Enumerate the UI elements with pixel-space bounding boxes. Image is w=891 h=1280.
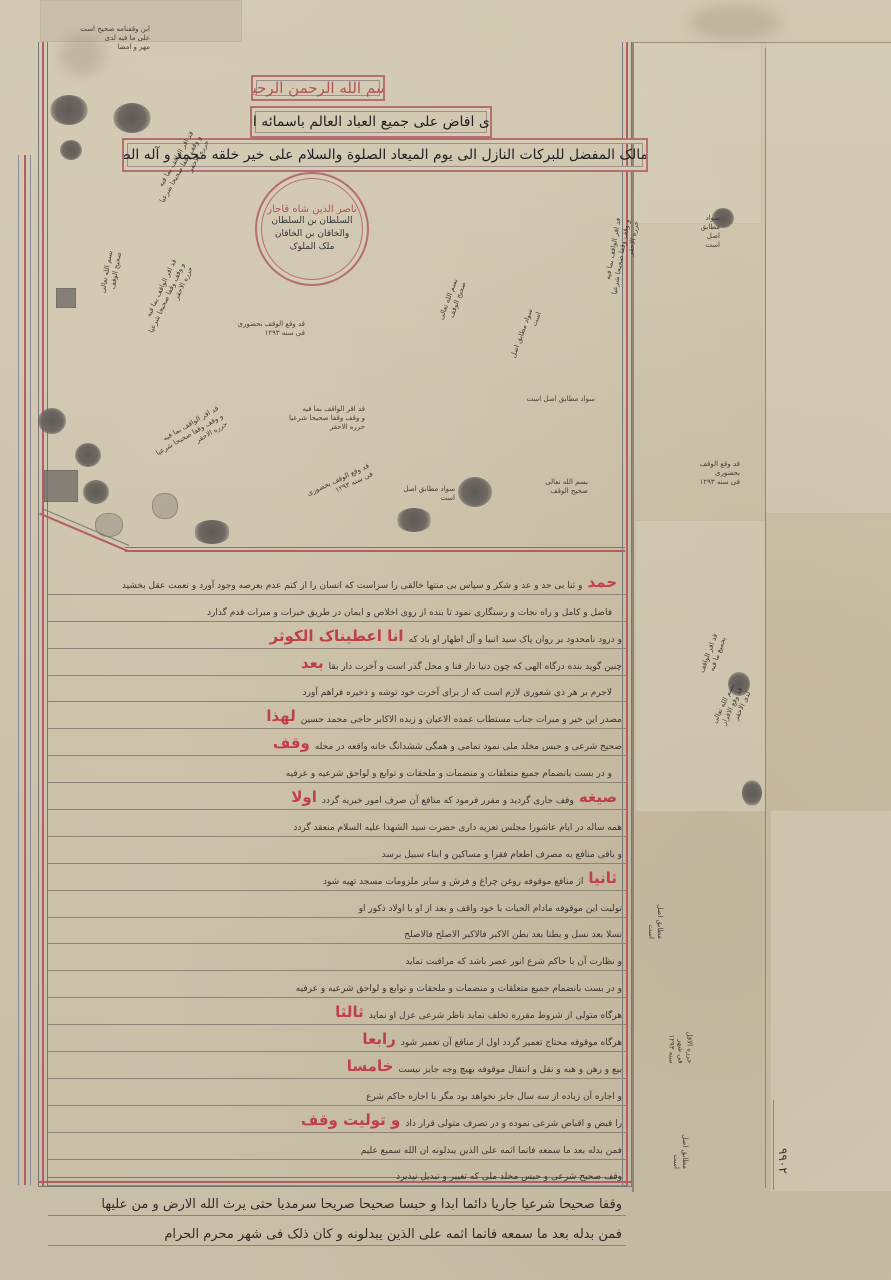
margin-note-lower: مطابق اصل است xyxy=(671,1089,689,1169)
row-text: لاجرم بر هر ذی شعوری لازم است که از برای… xyxy=(303,688,612,698)
row-text-large: وقفا صحیحا شرعیا جاریا دائما ابدا و حبسا… xyxy=(101,1197,622,1212)
text-row: و نظارت آن با حاکم شرع انور عصر باشد که … xyxy=(48,944,626,971)
annotation-center: قد وقع الوقف بحضوری فی سنه ۱۲۹۳ xyxy=(195,320,305,338)
ruling-line xyxy=(632,42,634,1192)
invocation-text: بسم الله الرحمن الرحیم xyxy=(251,79,385,97)
ink-seal-stamp xyxy=(83,480,109,504)
text-row: مصدر این خیر و مبرات جناب مستطاب عمده ال… xyxy=(48,702,626,729)
outer-border-line xyxy=(24,155,26,1185)
row-text: همه ساله در ایام عاشورا مجلس تعزیه داری … xyxy=(293,823,622,833)
royal-seal: ناصر الدین شاه قاجار السلطان بن السلطان … xyxy=(255,172,369,286)
outer-border-line xyxy=(30,155,31,1185)
text-row: ثانیااز منافع موقوفه روغن چراغ و فرش و س… xyxy=(48,864,626,891)
row-text: وقف صحیح شرعی و حبس مخلد ملی که تغییر و … xyxy=(396,1172,622,1182)
text-row: هرگاه موقوفه محتاج تعمیر گردد اول از منا… xyxy=(48,1025,626,1052)
text-row-large: فمن بدله بعد ما سمعه فانما اثمه علی الذی… xyxy=(48,1216,626,1246)
rubric-word: لهذا xyxy=(266,707,295,725)
ink-seal-stamp xyxy=(113,103,151,133)
rubric-word: صیغه xyxy=(579,788,617,806)
royal-seal-line: السلطان بن السلطان xyxy=(271,215,352,228)
rubric-word: حمد xyxy=(587,573,617,591)
paper-patch xyxy=(765,42,891,514)
ink-seal-stamp xyxy=(38,408,66,434)
ink-seal-stamp xyxy=(742,780,762,806)
annotation-center: بسم الله تعالی صحیح الوقف xyxy=(518,478,588,496)
square-seal-stamp xyxy=(44,470,78,502)
ink-seal-stamp xyxy=(458,477,492,507)
header-line-1: الحمد لله الذی افاض علی جمیع العباد العا… xyxy=(250,114,492,130)
text-row: نسلا بعد نسل و بطنا بعد بطن الاکبر فالاک… xyxy=(48,918,626,945)
text-row-large: وقفا صحیحا شرعیا جاریا دائما ابدا و حبسا… xyxy=(48,1186,626,1216)
row-text: فمن بدله بعد ما سمعه فانما اثمه علی الذی… xyxy=(361,1146,622,1156)
text-row: و در بست بانضمام جمیع متعلقات و منضمات و… xyxy=(48,756,626,783)
row-text: و درود نامحدود بر روان پاک سید انبیا و آ… xyxy=(409,635,622,645)
row-text: و در بست بانضمام جمیع متعلقات و منضمات و… xyxy=(296,984,622,994)
text-row: فمن بدله بعد ما سمعه فانما اثمه علی الذی… xyxy=(48,1133,626,1160)
row-text: هرگاه موقوفه محتاج تعمیر گردد اول از منا… xyxy=(401,1038,622,1048)
invocation-cartouche: بسم الله الرحمن الرحیم xyxy=(251,75,385,101)
annotation-center: سواد مطابق اصل است xyxy=(515,395,595,404)
text-row: حمدو ثنا بی حد و عد و شکر و سپاس بی منته… xyxy=(48,568,626,595)
row-text: بیع و رهن و هبه و نقل و انتقال موقوفه به… xyxy=(398,1065,622,1075)
rubric-word: ثانیا xyxy=(588,869,617,887)
catalog-number: ۹۹۰۲ xyxy=(776,1148,790,1174)
royal-seal-line: ملک الملوک xyxy=(290,241,335,254)
ink-seal-stamp xyxy=(396,508,432,532)
ink-seal-stamp xyxy=(193,520,231,544)
square-seal-stamp xyxy=(56,288,76,308)
rubric-word: رابعا xyxy=(362,1030,396,1048)
row-text: از منافع موقوفه روغن چراغ و فرش و سایر م… xyxy=(323,877,583,887)
stain xyxy=(690,5,780,40)
row-text: نسلا بعد نسل و بطنا بعد بطن الاکبر فالاک… xyxy=(404,930,622,940)
annotation-center: سواد مطابق اصل است xyxy=(395,485,455,503)
annotation-center: قد اقر الواقف بما فیه و وقف وقفا صحیحا ش… xyxy=(265,405,365,432)
text-row: و باقی منافع به مصرف اطعام فقرا و مساکین… xyxy=(48,837,626,864)
row-text: هرگاه متولی از شروط مقرره تخلف نماید ناظ… xyxy=(369,1011,622,1021)
row-text: تولیت این موقوفه مادام الحیات با خود واق… xyxy=(359,904,622,914)
row-text: صحیح شرعی و حبس مخلد ملی نمود تمامی و هم… xyxy=(315,742,622,752)
rubric-word: بعد xyxy=(301,654,324,672)
row-text: فاضل و کامل و راه نجات و رستگاری نمود تا… xyxy=(207,608,612,618)
ruling-line xyxy=(632,42,891,43)
text-row: فاضل و کامل و راه نجات و رستگاری نمود تا… xyxy=(48,595,626,622)
text-row: صحیح شرعی و حبس مخلد ملی نمود تمامی و هم… xyxy=(48,729,626,756)
ink-seal-stamp xyxy=(60,140,82,160)
royal-seal-line: والخاقان بن الخاقان xyxy=(275,228,349,241)
row-text: مصدر این خیر و مبرات جناب مستطاب عمده ال… xyxy=(301,715,622,725)
text-row: را قبض و اقباض شرعی نموده و در تصرف متول… xyxy=(48,1106,626,1133)
row-text: و ثنا بی حد و عد و شکر و سپاس بی منتها خ… xyxy=(122,581,583,591)
text-row: و درود نامحدود بر روان پاک سید انبیا و آ… xyxy=(48,622,626,649)
rubric-word: ثالثا xyxy=(335,1003,364,1021)
text-row: و در بست بانضمام جمیع متعلقات و منضمات و… xyxy=(48,971,626,998)
ruling-line xyxy=(765,48,766,1188)
text-row: هرگاه متولی از شروط مقرره تخلف نماید ناظ… xyxy=(48,998,626,1025)
row-text: را قبض و اقباض شرعی نموده و در تصرف متول… xyxy=(405,1119,622,1129)
annotation-right-strip: سواد مطابق اصل است xyxy=(690,214,720,250)
row-text: چنین گوید بنده درگاه الهی که چون دنیا دا… xyxy=(329,662,622,672)
text-row: تولیت این موقوفه مادام الحیات با خود واق… xyxy=(48,891,626,918)
faded-seal-stamp xyxy=(152,493,178,519)
row-text: وقف جاری گردید و مقرر فرمود که منافع آن … xyxy=(322,796,574,806)
text-row: همه ساله در ایام عاشورا مجلس تعزیه داری … xyxy=(48,810,626,837)
ruling-line xyxy=(773,1100,774,1190)
text-row: بیع و رهن و هبه و نقل و انتقال موقوفه به… xyxy=(48,1052,626,1079)
paper-patch xyxy=(770,810,891,1192)
row-text-large: فمن بدله بعد ما سمعه فانما اثمه علی الذی… xyxy=(164,1227,622,1242)
text-row: و اجاره آن زیاده از سه سال جایز نخواهد ب… xyxy=(48,1079,626,1106)
row-text: و اجاره آن زیاده از سه سال جایز نخواهد ب… xyxy=(366,1092,622,1102)
outer-border-line xyxy=(18,155,19,1185)
rubric-word: وقف xyxy=(273,734,310,752)
rubric-word: خامسا xyxy=(347,1057,394,1075)
annotation-top-left: ابن وقفنامه صحیح است علی ما فیه لدی مهر … xyxy=(40,25,150,52)
row-text: و در بست بانضمام جمیع متعلقات و منضمات و… xyxy=(286,769,612,779)
annotation-right-strip: قد وقع الوقف بحضوری فی سنه ۱۲۹۳ xyxy=(680,460,740,487)
text-row: وقف صحیح شرعی و حبس مخلد ملی که تغییر و … xyxy=(48,1160,626,1187)
ink-seal-stamp xyxy=(75,443,101,467)
ink-seal-stamp xyxy=(50,95,88,125)
text-block-top-rule xyxy=(125,547,625,552)
row-text: و نظارت آن با حاکم شرع انور عصر باشد که … xyxy=(405,957,622,967)
rubric-word: انا اعطیناک الکوثر xyxy=(270,627,404,645)
royal-seal-title: ناصر الدین شاه قاجار xyxy=(267,204,356,215)
header-cartouche-1: الحمد لله الذی افاض علی جمیع العباد العا… xyxy=(250,106,492,138)
text-row: چنین گوید بنده درگاه الهی که چون دنیا دا… xyxy=(48,649,626,676)
margin-note-lower: حرره الاقل فی شهر سنه ۱۲۹۳ xyxy=(667,984,694,1064)
text-row: صیغهوقف جاری گردید و مقرر فرمود که منافع… xyxy=(48,783,626,810)
text-row: لاجرم بر هر ذی شعوری لازم است که از برای… xyxy=(48,676,626,703)
row-text: و باقی منافع به مصرف اطعام فقرا و مساکین… xyxy=(382,850,622,860)
margin-note-vertical: مطابق اصل است xyxy=(646,879,664,939)
rubric-word: و تولیت وقف xyxy=(301,1111,400,1129)
rubric-word: اولا xyxy=(291,788,317,806)
main-text-block: حمدو ثنا بی حد و عد و شکر و سپاس بی منته… xyxy=(48,568,626,1246)
paper-patch xyxy=(630,42,762,224)
